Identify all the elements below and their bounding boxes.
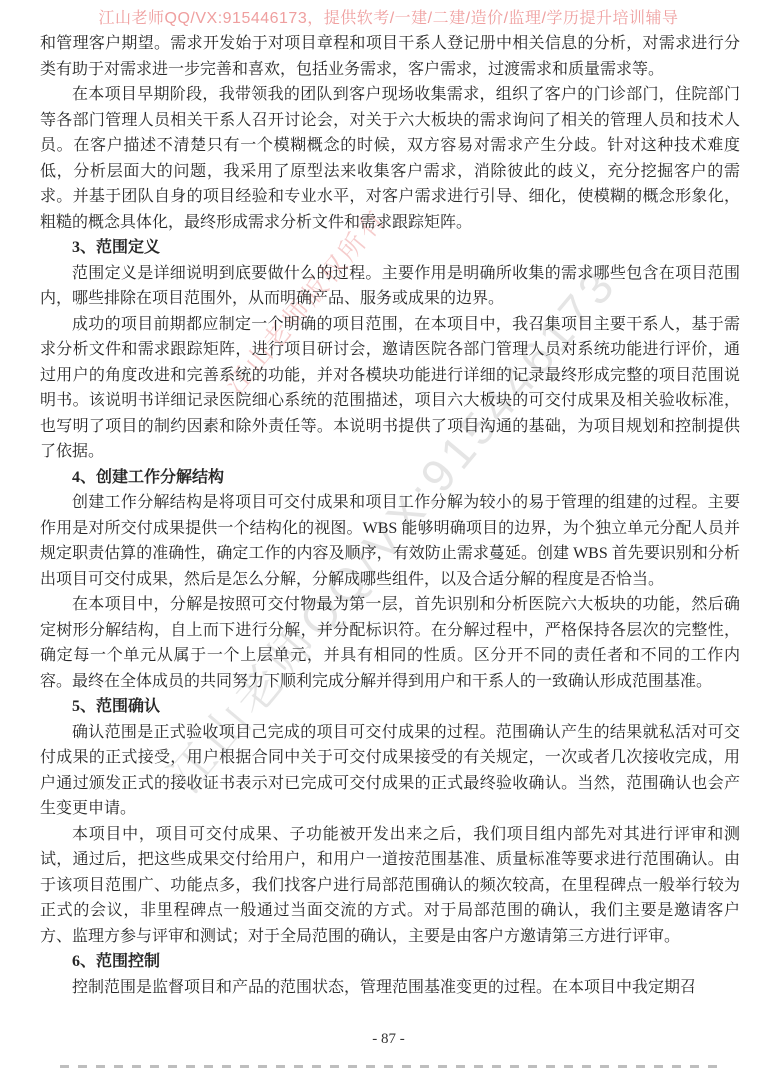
paragraph: 确认范围是正式验收项目己完成的项目可交付成果的过程。范围确认产生的结果就私活对可… — [40, 720, 740, 822]
paragraph: 成功的项目前期都应制定一个明确的项目范围，在本项目中，我召集项目主要干系人，基于… — [40, 312, 740, 465]
section-heading: 3、范围定义 — [40, 235, 740, 261]
next-line-clipped — [60, 1065, 720, 1068]
section-heading: 5、范围确认 — [40, 694, 740, 720]
paragraph: 在本项目早期阶段，我带领我的团队到客户现场收集需求，组织了客户的门诊部门，住院部… — [40, 82, 740, 235]
document-body: 和管理客户期望。需求开发始于对项目章程和项目干系人登记册中相关信息的分析，对需求… — [40, 31, 740, 1000]
top-watermark-banner: 江山老师QQ/VX:915446173，提供软考/一建/二建/造价/监理/学历提… — [0, 5, 777, 28]
paragraph: 控制范围是监督项目和产品的范围状态，管理范围基准变更的过程。在本项目中我定期召 — [40, 975, 740, 1001]
paragraph: 本项目中，项目可交付成果、子功能被开发出来之后，我们项目组内部先对其进行评审和测… — [40, 822, 740, 950]
document-page: 江山老师QQ/VX:915446173，提供软考/一建/二建/造价/监理/学历提… — [0, 0, 777, 1070]
section-heading: 4、创建工作分解结构 — [40, 465, 740, 491]
paragraph: 创建工作分解结构是将项目可交付成果和项目工作分解为较小的易于管理的组建的过程。主… — [40, 490, 740, 592]
paragraph: 在本项目中，分解是按照可交付物最为第一层，首先识别和分析医院六大板块的功能，然后… — [40, 592, 740, 694]
section-heading: 6、范围控制 — [40, 949, 740, 975]
page-number: - 87 - — [0, 1031, 777, 1048]
paragraph: 和管理客户期望。需求开发始于对项目章程和项目干系人登记册中相关信息的分析，对需求… — [40, 31, 740, 82]
paragraph: 范围定义是详细说明到底要做什么的过程。主要作用是明确所收集的需求哪些包含在项目范… — [40, 261, 740, 312]
